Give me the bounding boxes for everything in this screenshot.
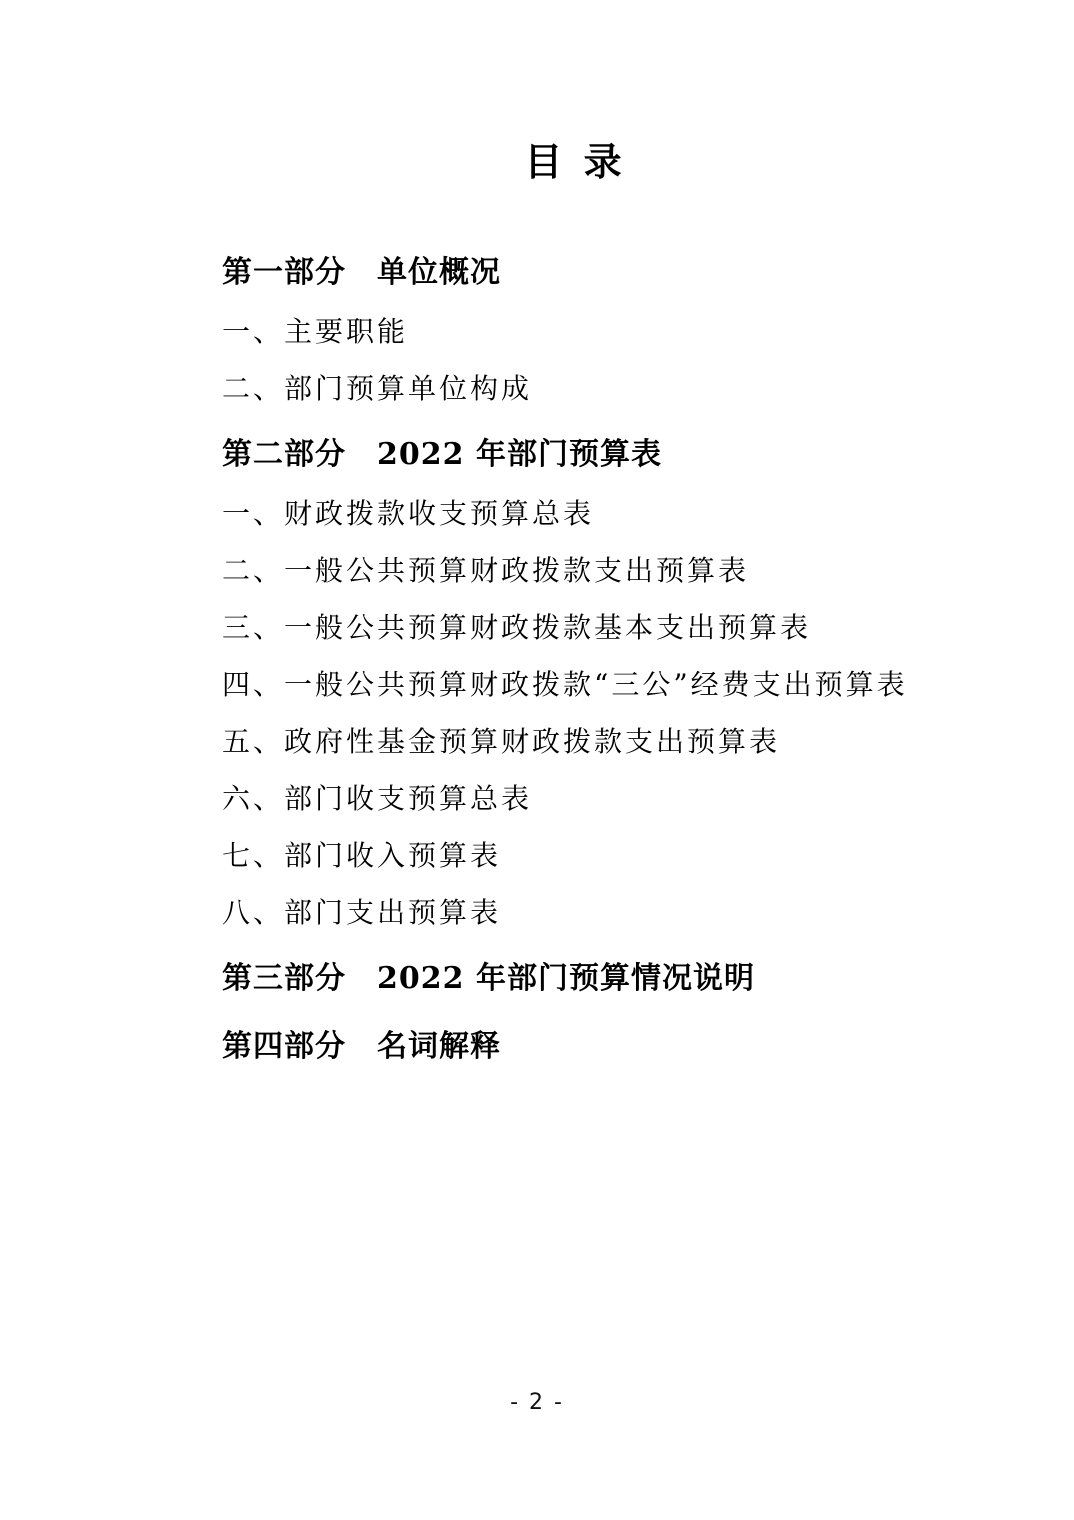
toc-item: 二、部门预算单位构成 bbox=[222, 374, 924, 404]
toc-item: 五、政府性基金预算财政拨款支出预算表 bbox=[222, 727, 924, 757]
page-number: - 2 - bbox=[0, 1390, 1074, 1415]
toc-item: 六、部门收支预算总表 bbox=[222, 784, 924, 814]
toc-item: 一、财政拨款收支预算总表 bbox=[222, 499, 924, 529]
page-title: 目 录 bbox=[222, 140, 924, 184]
toc-content: 目 录 第一部分 单位概况 一、主要职能 二、部门预算单位构成 第二部分 202… bbox=[0, 0, 1074, 1064]
toc-section-heading-part3: 第三部分 2022 年部门预算情况说明 bbox=[222, 962, 924, 996]
toc-section-heading-part4: 第四部分 名词解释 bbox=[222, 1030, 924, 1064]
toc-item: 二、一般公共预算财政拨款支出预算表 bbox=[222, 556, 924, 586]
toc-item: 八、部门支出预算表 bbox=[222, 898, 924, 928]
toc-section-heading-part2: 第二部分 2022 年部门预算表 bbox=[222, 438, 924, 472]
document-page: 目 录 第一部分 单位概况 一、主要职能 二、部门预算单位构成 第二部分 202… bbox=[0, 0, 1074, 1520]
toc-section-heading-part1: 第一部分 单位概况 bbox=[222, 256, 924, 290]
toc-item: 四、一般公共预算财政拨款“三公”经费支出预算表 bbox=[222, 670, 924, 700]
toc-item: 一、主要职能 bbox=[222, 317, 924, 347]
toc-item: 七、部门收入预算表 bbox=[222, 841, 924, 871]
toc-item: 三、一般公共预算财政拨款基本支出预算表 bbox=[222, 613, 924, 643]
